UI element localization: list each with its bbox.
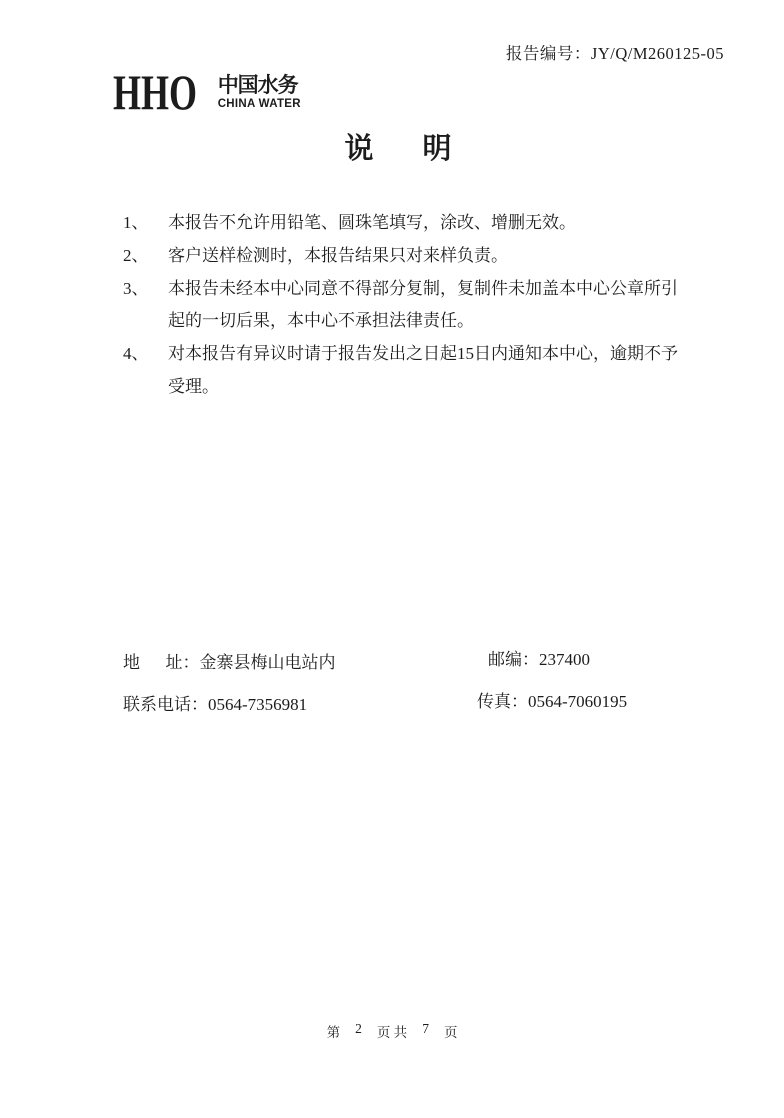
note-number: 4、	[123, 338, 168, 404]
footer-total-pages: 7	[422, 1021, 429, 1041]
document-page: 报告编号：JY/Q/M260125-05 HHO 中国水务 CHINA WATE…	[0, 0, 784, 1118]
page-number-footer: 第 2 页 共 7 页	[0, 1021, 784, 1041]
contact-fax: 传真：0564-7060195	[477, 687, 627, 712]
page-title: 说 明	[0, 126, 784, 167]
note-item-3: 3、 本报告未经本中心同意不得部分复制，复制件未加盖本中心公章所引起的一切后果，…	[123, 273, 679, 339]
logo-name-block: 中国水务 CHINA WATER	[218, 72, 301, 111]
note-text: 本报告不允许用铅笔、圆珠笔填写，涂改、增删无效。	[168, 207, 679, 240]
footer-suffix: 页	[444, 1021, 458, 1041]
note-item-1: 1、 本报告不允许用铅笔、圆珠笔填写，涂改、增删无效。	[123, 207, 679, 240]
logo-english-name: CHINA WATER	[218, 98, 301, 111]
logo-chinese-name: 中国水务	[218, 74, 301, 98]
contact-postal-code: 邮编：237400	[488, 645, 590, 670]
note-item-2: 2、 客户送样检测时，本报告结果只对来样负责。	[123, 240, 679, 273]
note-text: 本报告未经本中心同意不得部分复制，复制件未加盖本中心公章所引起的一切后果，本中心…	[168, 273, 679, 339]
page-title-char-1: 说	[344, 126, 373, 167]
note-number: 2、	[123, 240, 168, 273]
page-title-char-2: 明	[423, 126, 452, 167]
note-item-4: 4、 对本报告有异议时请于报告发出之日起15日内通知本中心，逾期不予受理。	[123, 338, 679, 404]
contact-phone: 联系电话：0564-7356981	[123, 690, 307, 715]
footer-middle: 页 共	[377, 1021, 407, 1041]
notes-list: 1、 本报告不允许用铅笔、圆珠笔填写，涂改、增删无效。 2、 客户送样检测时，本…	[123, 207, 679, 404]
note-text: 客户送样检测时，本报告结果只对来样负责。	[168, 240, 679, 273]
company-logo: HHO 中国水务 CHINA WATER	[113, 72, 301, 112]
note-number: 3、	[123, 273, 168, 339]
footer-prefix: 第	[327, 1021, 341, 1041]
logo-acronym-text: HHO	[113, 72, 197, 112]
note-number: 1、	[123, 207, 168, 240]
note-text: 对本报告有异议时请于报告发出之日起15日内通知本中心，逾期不予受理。	[168, 338, 679, 404]
contact-address: 地 址：金寨县梅山电站内	[123, 648, 336, 673]
footer-current-page: 2	[355, 1021, 362, 1041]
report-number: 报告编号：JY/Q/M260125-05	[506, 40, 724, 64]
